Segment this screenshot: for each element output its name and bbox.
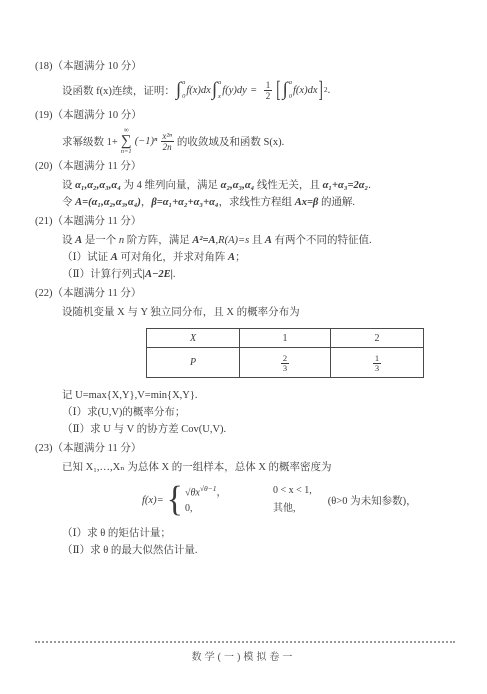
integral-3: ∫ a 0 — [283, 80, 292, 101]
integrand-3: f(x)dx — [293, 85, 317, 96]
case-row: √θx√θ−1， 0 < x < 1, — [185, 485, 312, 499]
probability-distribution-table: X 1 2 P 2 3 — [146, 328, 424, 378]
text-segment: 可对角化，并求对角阵 — [118, 252, 228, 263]
text-segment: α₁,α₂,α₃,α₄ — [75, 180, 121, 191]
problem-number: (19) — [35, 110, 53, 121]
problem-score: （本题满分 11 分） — [53, 443, 142, 454]
statement-line: 设 A 是一个 n 阶方阵，满足 A²=A,R(A)=s 且 A 有两个不同的特… — [62, 232, 459, 249]
subquestion-1: （Ⅰ）求(U,V)的概率分布； — [62, 404, 459, 421]
problem-22-header: (22)（本题满分 11 分） — [35, 287, 459, 301]
integral-limits: a 0 — [182, 80, 185, 101]
text-segment: . — [368, 180, 371, 191]
text-segment: 设 — [62, 235, 75, 246]
problem-number: (20) — [35, 161, 53, 172]
problem-22: (22)（本题满分 11 分） 设随机变量 X 与 Y 独立同分布，且 X 的概… — [35, 287, 459, 442]
left-bracket: [ — [276, 76, 280, 105]
integral-limits: a x — [218, 80, 221, 101]
sum-lower-limit: n=1 — [121, 148, 132, 155]
statement-text: 设函数 f(x)连续，证明： — [62, 83, 175, 98]
text-segment: 为 4 维列向量，满足 — [121, 180, 221, 191]
sum-sign: ∑ — [121, 134, 132, 148]
problem-score: （本题满分 11 分） — [53, 288, 142, 299]
fraction-denominator: 2n — [161, 141, 174, 152]
fraction-numerator: 2 — [281, 354, 289, 363]
text-segment: α₂,α₃,α₄ — [221, 180, 255, 191]
fraction-denominator: 3 — [373, 363, 381, 373]
problem-20-statement: 设 α₁,α₂,α₃,α₄ 为 4 维列向量，满足 α₂,α₃,α₄ 线性无关，… — [62, 177, 459, 211]
statement-line: 令 A=(α₁,α₂,α₃,α₄)，β=α₁+α₂+α₃+α₄，求线性方程组 A… — [62, 194, 459, 211]
problem-score: （本题满分 10 分） — [53, 110, 142, 121]
table-row: X 1 2 — [147, 329, 424, 348]
statement-line: 已知 X₁,…,Xₙ 为总体 X 的一组样本，总体 X 的概率密度为 — [62, 459, 459, 476]
subquestion-2: （Ⅱ）计算行列式|A−2E|. — [62, 266, 459, 283]
text-segment: ，求线性方程组 — [219, 197, 295, 208]
right-bracket: ] — [319, 76, 323, 105]
text-segment: （Ⅰ）试证 — [62, 252, 111, 263]
text-segment: R(A)=s — [218, 235, 249, 246]
text-segment: A — [228, 252, 235, 263]
problem-23: (23)（本题满分 11 分） 已知 X₁,…,Xₙ 为总体 X 的一组样本，总… — [35, 442, 459, 559]
text-segment: A — [111, 252, 118, 263]
problem-19-header: (19)（本题满分 10 分） — [35, 109, 459, 123]
problem-score: （本题满分 11 分） — [53, 161, 142, 172]
problem-number: (22) — [35, 288, 53, 299]
piecewise-cases: √θx√θ−1， 0 < x < 1, 0, 其他, — [185, 485, 312, 514]
fraction-one-half: 1 2 — [264, 80, 273, 101]
problem-19-statement: 求幂级数 1+ ∞ ∑ n=1 (−1)ⁿ x²ⁿ 2n 的收敛域及和函数 S(… — [62, 126, 459, 156]
text-segment: 设 — [62, 180, 75, 191]
problem-18-header: (18)（本题满分 10 分） — [35, 60, 459, 74]
footer-title: 数学(一)模拟卷一 — [0, 648, 487, 663]
problem-18: (18)（本题满分 10 分） 设函数 f(x)连续，证明： ∫ a 0 f(x… — [35, 60, 459, 109]
integral-1: ∫ a 0 — [176, 80, 185, 101]
text-segment: . — [173, 269, 176, 280]
comma: ， — [216, 488, 226, 499]
fraction-denominator: 3 — [281, 363, 289, 373]
text-segment: 令 — [62, 197, 75, 208]
text-segment: A=(α₁,α₂,α₃,α₄) — [75, 197, 141, 208]
statement-line: 记 U=max{X,Y},V=min{X,Y}. — [62, 387, 459, 404]
problem-23-header: (23)（本题满分 11 分） — [35, 442, 459, 456]
statement-text: 的收敛域及和函数 S(x). — [177, 134, 284, 149]
integral-limits: a 0 — [289, 80, 292, 101]
piecewise-density-formula: f(x)= { √θx√θ−1， 0 < x < 1, 0, 其他, (θ>0 … — [142, 481, 459, 519]
text-segment: ， — [141, 197, 152, 208]
problem-21-header: (21)（本题满分 11 分） — [35, 215, 459, 229]
probability-fraction: 2 3 — [281, 354, 289, 373]
period: . — [328, 85, 331, 96]
problem-20: (20)（本题满分 11 分） 设 α₁,α₂,α₃,α₄ 为 4 维列向量，满… — [35, 160, 459, 215]
problem-18-statement: 设函数 f(x)连续，证明： ∫ a 0 f(x)dx ∫ a x f( — [62, 77, 459, 103]
series-term: (−1)ⁿ — [135, 136, 158, 147]
series-fraction: x²ⁿ 2n — [160, 131, 174, 152]
lower-limit: 0 — [289, 94, 292, 101]
upper-limit: a — [182, 80, 185, 87]
text-segment: 有两个不同的特征值. — [272, 235, 372, 246]
problem-21: (21)（本题满分 11 分） 设 A 是一个 n 阶方阵，满足 A²=A,R(… — [35, 215, 459, 287]
statement-line: 设随机变量 X 与 Y 独立同分布，且 X 的概率分布为 — [62, 304, 459, 321]
fraction-numerator: 1 — [264, 80, 273, 90]
integrand-1: f(x)dx — [186, 85, 210, 96]
summation: ∞ ∑ n=1 — [121, 127, 132, 155]
statement-line: 设 α₁,α₂,α₃,α₄ 为 4 维列向量，满足 α₂,α₃,α₄ 线性无关，… — [62, 177, 459, 194]
case-row: 0, 其他, — [185, 503, 312, 515]
table-cell-prob: 1 3 — [331, 348, 424, 378]
equals-sign: = — [251, 85, 257, 96]
text-segment: （Ⅱ）计算行列式 — [62, 269, 143, 280]
fraction-numerator: 1 — [373, 354, 381, 363]
fraction-denominator: 2 — [264, 90, 273, 101]
exam-content: (18)（本题满分 10 分） 设函数 f(x)连续，证明： ∫ a 0 f(x… — [35, 60, 459, 559]
table-cell-value: 2 — [331, 329, 424, 348]
table-cell-value: 1 — [240, 329, 331, 348]
case-condition: 0 < x < 1, — [273, 485, 312, 499]
table-cell-p: P — [147, 348, 240, 378]
text-segment: Ax=β — [295, 197, 319, 208]
case-expression: √θx√θ−1， — [185, 485, 273, 499]
integral-sign: ∫ — [176, 80, 181, 100]
text-segment: α₁+α₃=2α₂ — [323, 180, 369, 191]
problem-number: (18) — [35, 61, 53, 72]
text-segment: A²=A — [192, 235, 215, 246]
fraction-numerator: x²ⁿ — [160, 131, 174, 141]
table-cell-x: X — [147, 329, 240, 348]
problem-score: （本题满分 11 分） — [53, 216, 142, 227]
subquestion-2: （Ⅱ）求 θ 的最大似然估计量. — [62, 542, 459, 559]
footer-divider — [35, 641, 455, 643]
problem-score: （本题满分 10 分） — [53, 61, 142, 72]
probability-fraction: 1 3 — [373, 354, 381, 373]
integral-sign: ∫ — [212, 80, 217, 100]
problem-23-statement: 已知 X₁,…,Xₙ 为总体 X 的一组样本，总体 X 的概率密度为 f(x)=… — [62, 459, 459, 559]
table-row: P 2 3 1 3 — [147, 348, 424, 378]
text-segment: 的通解. — [318, 197, 355, 208]
case-condition: 其他, — [273, 503, 296, 515]
problem-number: (23) — [35, 443, 53, 454]
subquestion-1: （Ⅰ）试证 A 可对角化，并求对角阵 A； — [62, 249, 459, 266]
text-segment: 线性无关，且 — [254, 180, 322, 191]
problem-19: (19)（本题满分 10 分） 求幂级数 1+ ∞ ∑ n=1 (−1)ⁿ x²… — [35, 109, 459, 160]
problem-number: (21) — [35, 216, 53, 227]
subquestion-2: （Ⅱ）求 U 与 V 的协方差 Cov(U,V). — [62, 421, 459, 438]
text-segment: β=α₁+α₂+α₃+α₄ — [151, 197, 218, 208]
text-segment: ； — [235, 252, 246, 263]
text-segment: A — [265, 235, 272, 246]
lower-limit: 0 — [182, 94, 185, 101]
problem-22-statement: 设随机变量 X 与 Y 独立同分布，且 X 的概率分布为 X 1 2 P — [62, 304, 459, 438]
text-segment: 且 — [249, 235, 265, 246]
left-brace: { — [167, 482, 183, 518]
integral-sign: ∫ — [283, 80, 288, 100]
lower-limit: x — [218, 94, 221, 101]
case-expression: 0, — [185, 503, 273, 515]
table-cell-prob: 2 3 — [240, 348, 331, 378]
parameter-note: (θ>0 为未知参数)， — [328, 493, 417, 508]
upper-limit: a — [218, 80, 221, 87]
subquestion-1: （Ⅰ）求 θ 的矩估计量； — [62, 525, 459, 542]
problem-21-statement: 设 A 是一个 n 阶方阵，满足 A²=A,R(A)=s 且 A 有两个不同的特… — [62, 232, 459, 283]
function-name: f(x)= — [142, 495, 164, 506]
text-segment: 是一个 — [82, 235, 119, 246]
case-exponent: √θ−1 — [200, 484, 217, 493]
text-segment: |A−2E| — [143, 269, 173, 280]
upper-limit: a — [289, 80, 292, 87]
statement-text: 求幂级数 1+ — [62, 134, 118, 149]
problem-20-header: (20)（本题满分 11 分） — [35, 160, 459, 174]
case-coefficient: √θx — [185, 488, 200, 499]
text-segment: 阶方阵，满足 — [124, 235, 192, 246]
integral-2: ∫ a x — [212, 80, 221, 101]
integrand-2: f(y)dy — [222, 85, 246, 96]
exam-page: (18)（本题满分 10 分） 设函数 f(x)连续，证明： ∫ a 0 f(x… — [0, 0, 487, 694]
